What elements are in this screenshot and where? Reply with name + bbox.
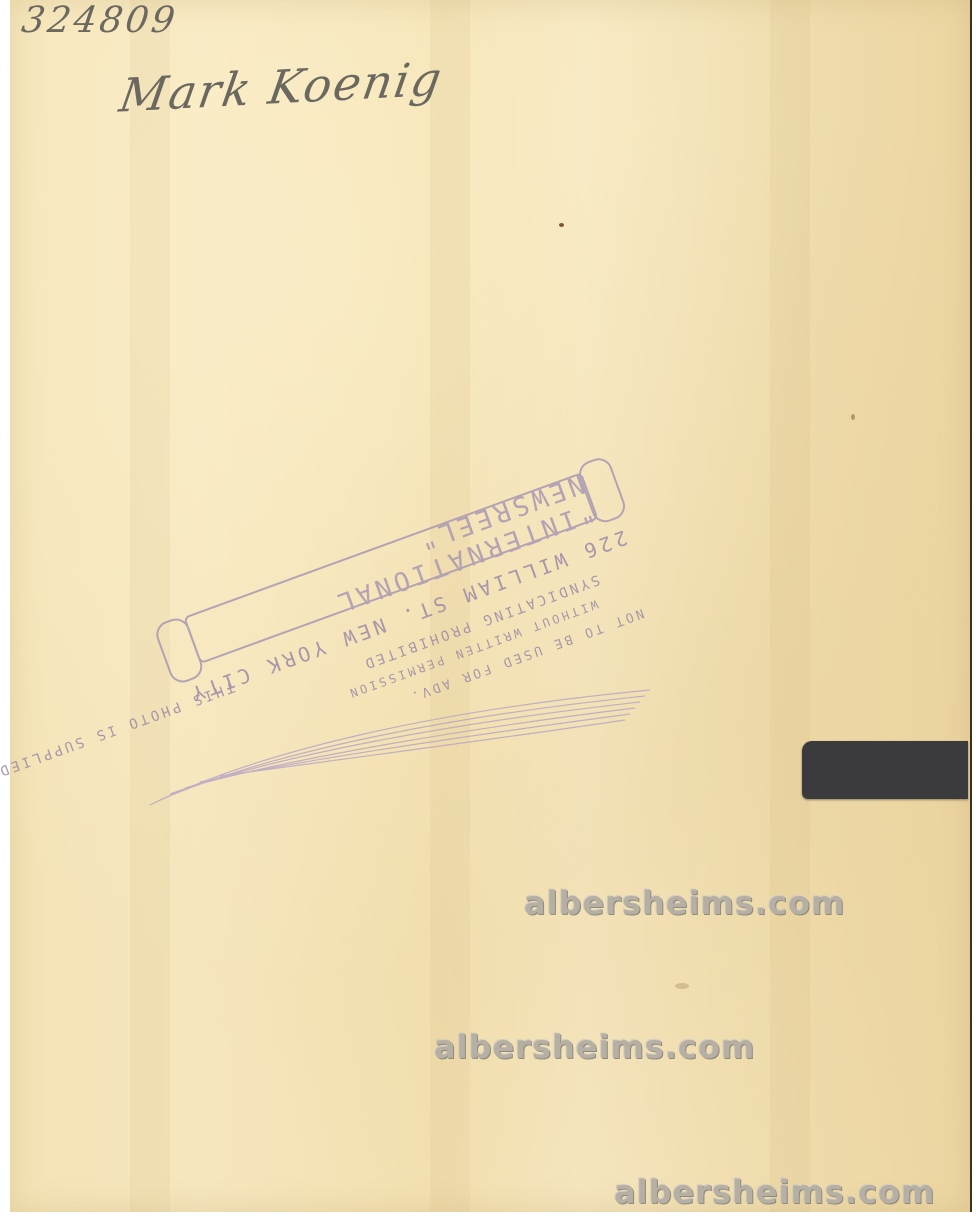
black-tape-strip (802, 741, 968, 799)
catalog-number-handwritten: 324809 (19, 0, 180, 41)
watermark-text: albersheims.com (524, 884, 845, 922)
news-agency-stamp: NOT TO BE USED FOR ADV. WITHOUT WRITTEN … (60, 420, 680, 840)
paper-shading (770, 0, 810, 1212)
paper-speck (851, 414, 855, 420)
paper-stain (675, 983, 689, 989)
watermark-text: albersheims.com (434, 1028, 755, 1066)
wing-emblem-icon (140, 680, 660, 810)
paper-speck (559, 223, 564, 227)
watermark-text: albersheims.com (614, 1173, 935, 1211)
